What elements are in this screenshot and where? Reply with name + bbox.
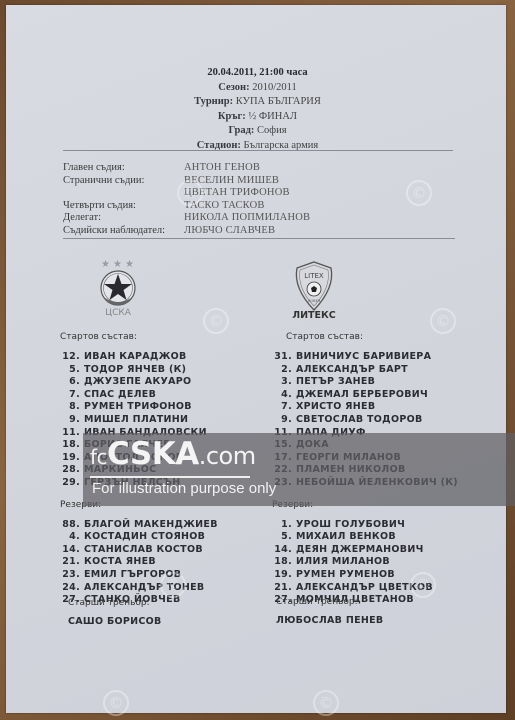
player-number: 18.: [60, 439, 80, 452]
player-row: 6.ДЖУЗЕПЕ АКУАРО: [60, 376, 218, 389]
svg-text:★: ★: [113, 259, 122, 270]
player-number: 11.: [60, 427, 80, 440]
player-row: 5.МИХАИЛ ВЕНКОВ: [272, 531, 458, 544]
player-name: УРОШ ГОЛУБОВИЧ: [296, 519, 405, 530]
player-number: 5.: [60, 364, 80, 377]
player-row: 21.КОСТА ЯНЕВ: [60, 556, 218, 569]
header-divider: [63, 150, 453, 151]
copyright-watermark-icon: ©: [410, 572, 436, 598]
player-number: 21.: [60, 556, 80, 569]
player-number: 19.: [272, 569, 292, 582]
player-number: 21.: [272, 582, 292, 595]
player-row: 8.РУМЕН ТРИФОНОВ: [60, 401, 218, 414]
official-row: Главен съдия:АНТОН ГЕНОВ: [63, 162, 310, 175]
watermark-brand-logo: fcCSKA.com: [90, 436, 256, 472]
watermark-divider: [90, 476, 250, 478]
away-starting-label: Стартов състав:: [286, 332, 458, 342]
player-number: 19.: [60, 452, 80, 465]
player-number: 8.: [60, 401, 80, 414]
litex-crest-icon: LITEX ЛОВЕЧ: [291, 260, 337, 312]
watermark-notice: For illustration purpose only: [92, 480, 276, 497]
player-row: 9.МИШЕЛ ПЛАТИНИ: [60, 414, 218, 427]
player-name: СТАНИСЛАВ КОСТОВ: [84, 544, 203, 555]
player-row: 4.КОСТАДИН СТОЯНОВ: [60, 531, 218, 544]
official-role: Делегат:: [63, 212, 184, 225]
player-number: 29.: [60, 477, 80, 490]
player-name: СВЕТОСЛАВ ТОДОРОВ: [296, 414, 423, 425]
player-name: ДЖЕМАЛ БЕРБЕРОВИЧ: [296, 389, 428, 400]
litex-logo: LITEX ЛОВЕЧ: [291, 260, 337, 312]
player-row: 31.ВИНИЧИУС БАРИВИЕРА: [272, 351, 458, 364]
player-number: 12.: [60, 351, 80, 364]
official-name: ЛЮБЧО СЛАВЧЕВ: [184, 225, 275, 238]
season-line: Сезон: 2010/2011: [0, 81, 515, 96]
player-number: 23.: [60, 569, 80, 582]
player-row: 7.ХРИСТО ЯНЕВ: [272, 401, 458, 414]
player-name: МИХАИЛ ВЕНКОВ: [296, 531, 396, 542]
copyright-watermark-icon: ©: [160, 572, 186, 598]
official-role: Странични съдии:: [63, 175, 184, 188]
player-name: РУМЕН РУМЕНОВ: [296, 569, 395, 580]
player-number: 28.: [60, 464, 80, 477]
player-row: 3.ПЕТЪР ЗАНЕВ: [272, 376, 458, 389]
official-role: Главен съдия:: [63, 162, 184, 175]
player-row: 14.ДЕЯН ДЖЕРМАНОВИЧ: [272, 544, 458, 557]
round-line: Кръг: ½ ФИНАЛ: [0, 110, 515, 125]
home-reserves-list: 88.БЛАГОЙ МАКЕНДЖИЕВ4.КОСТАДИН СТОЯНОВ14…: [60, 519, 218, 607]
official-row: Делегат:НИКОЛА ПОПМИЛАНОВ: [63, 212, 310, 225]
player-name: КОСТА ЯНЕВ: [84, 556, 156, 567]
player-number: 9.: [272, 414, 292, 427]
player-number: 4.: [60, 531, 80, 544]
player-row: 18.ИЛИЯ МИЛАНОВ: [272, 556, 458, 569]
svg-text:★: ★: [101, 259, 110, 270]
player-name: ДЕЯН ДЖЕРМАНОВИЧ: [296, 544, 424, 555]
home-coach-name: САШО БОРИСОВ: [68, 616, 162, 627]
player-row: 23.ЕМИЛ ГЪРГОРОВ: [60, 569, 218, 582]
official-row: Съдийски наблюдател:ЛЮБЧО СЛАВЧЕВ: [63, 225, 310, 238]
player-row: 88.БЛАГОЙ МАКЕНДЖИЕВ: [60, 519, 218, 532]
copyright-watermark-icon: ©: [406, 180, 432, 206]
player-name: СПАС ДЕЛЕВ: [84, 389, 156, 400]
official-role: Съдийски наблюдател:: [63, 225, 184, 238]
home-coach-label: Старши треньор:: [68, 598, 150, 608]
player-number: 9.: [60, 414, 80, 427]
player-name: ХРИСТО ЯНЕВ: [296, 401, 375, 412]
player-name: ДЖУЗЕПЕ АКУАРО: [84, 376, 191, 387]
svg-text:LITEX: LITEX: [304, 272, 324, 280]
player-row: 1.УРОШ ГОЛУБОВИЧ: [272, 519, 458, 532]
copyright-watermark-icon: ©: [313, 690, 339, 716]
copyright-watermark-icon: ©: [103, 690, 129, 716]
copyright-watermark-icon: ©: [177, 180, 203, 206]
player-number: 2.: [272, 364, 292, 377]
player-row: 12.ИВАН КАРАДЖОВ: [60, 351, 218, 364]
player-row: 5.ТОДОР ЯНЧЕВ (К): [60, 364, 218, 377]
player-name: ВИНИЧИУС БАРИВИЕРА: [296, 351, 431, 362]
player-row: 7.СПАС ДЕЛЕВ: [60, 389, 218, 402]
player-number: 7.: [272, 401, 292, 414]
player-row: 2.АЛЕКСАНДЪР БАРТ: [272, 364, 458, 377]
player-name: КОСТАДИН СТОЯНОВ: [84, 531, 205, 542]
player-number: 4.: [272, 389, 292, 402]
player-number: 88.: [60, 519, 80, 532]
player-number: 31.: [272, 351, 292, 364]
player-number: 1.: [272, 519, 292, 532]
player-number: 24.: [60, 582, 80, 595]
player-number: 14.: [60, 544, 80, 557]
copyright-watermark-icon: ©: [203, 308, 229, 334]
player-name: ИЛИЯ МИЛАНОВ: [296, 556, 390, 567]
player-row: 24.АЛЕКСАНДЪР ТОНЕВ: [60, 582, 218, 595]
player-name: ТОДОР ЯНЧЕВ (К): [84, 364, 186, 375]
match-info-header: 20.04.2011, 21:00 часа Сезон: 2010/2011 …: [0, 66, 515, 153]
player-row: 9.СВЕТОСЛАВ ТОДОРОВ: [272, 414, 458, 427]
svg-text:ЛОВЕЧ: ЛОВЕЧ: [308, 299, 321, 303]
player-row: 14.СТАНИСЛАВ КОСТОВ: [60, 544, 218, 557]
player-number: 3.: [272, 376, 292, 389]
player-name: АЛЕКСАНДЪР ТОНЕВ: [84, 582, 204, 593]
svg-text:★: ★: [125, 259, 134, 270]
official-role: [63, 187, 184, 200]
official-name: АНТОН ГЕНОВ: [184, 162, 260, 175]
city-line: Град: София: [0, 124, 515, 139]
tournament-line: Турнир: КУПА БЪЛГАРИЯ: [0, 95, 515, 110]
player-name: БЛАГОЙ МАКЕНДЖИЕВ: [84, 519, 218, 530]
player-number: 14.: [272, 544, 292, 557]
player-name: МИШЕЛ ПЛАТИНИ: [84, 414, 188, 425]
away-team-name: ЛИТЕКС: [284, 310, 344, 321]
home-starting-label: Стартов състав:: [60, 332, 218, 342]
official-name: НИКОЛА ПОПМИЛАНОВ: [184, 212, 310, 225]
player-number: 6.: [60, 376, 80, 389]
match-datetime: 20.04.2011, 21:00 часа: [0, 66, 515, 81]
player-number: 5.: [272, 531, 292, 544]
player-name: РУМЕН ТРИФОНОВ: [84, 401, 192, 412]
player-name: ПЕТЪР ЗАНЕВ: [296, 376, 375, 387]
away-coach-name: ЛЮБОСЛАВ ПЕНЕВ: [276, 615, 383, 626]
player-number: 7.: [60, 389, 80, 402]
home-team-name: ЦСКА: [88, 308, 148, 318]
official-role: Четвърти съдия:: [63, 200, 184, 213]
player-name: АЛЕКСАНДЪР БАРТ: [296, 364, 408, 375]
player-name: ИВАН КАРАДЖОВ: [84, 351, 187, 362]
away-coach-label: Старши треньор:: [276, 597, 358, 607]
copyright-watermark-icon: ©: [430, 308, 456, 334]
player-number: 18.: [272, 556, 292, 569]
officials-divider: [63, 238, 455, 239]
player-row: 4.ДЖЕМАЛ БЕРБЕРОВИЧ: [272, 389, 458, 402]
